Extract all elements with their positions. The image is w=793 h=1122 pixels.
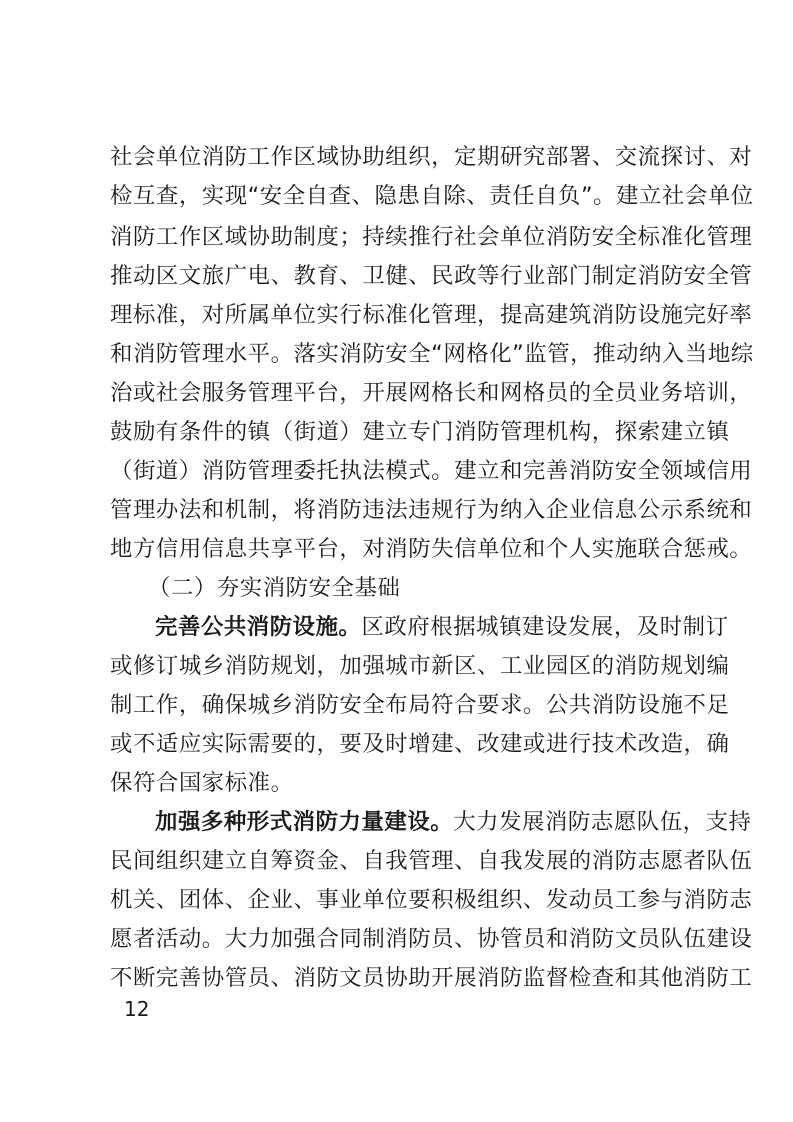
body-text-line: 推动区文旅广电、教育、卫健、民政等行业部门制定消防安全管: [110, 257, 710, 296]
paragraph-lead-bold: 加强多种形式消防力量建设。: [155, 809, 453, 835]
page-number: 12: [124, 996, 149, 1022]
body-text-line: 检互查，实现“安全自查、隐患自除、责任自负”。建立社会单位: [110, 177, 710, 216]
body-text-line: （街道）消防管理委托执法模式。建立和完善消防安全领域信用: [110, 452, 710, 491]
paragraph-first-line: 加强多种形式消防力量建设。大力发展消防志愿队伍，支持: [155, 803, 755, 842]
body-text-line: 治或社会服务管理平台，开展网格长和网格员的全员业务培训，: [110, 374, 710, 413]
body-text-line: 鼓励有条件的镇（街道）建立专门消防管理机构，探索建立镇: [110, 413, 710, 452]
body-text-line: 和消防管理水平。落实消防安全“网格化”监管，推动纳入当地综: [110, 335, 710, 374]
body-text-line: 保符合国家标准。: [110, 764, 710, 803]
body-text-line: 或不适应实际需要的，要及时增建、改建或进行技术改造，确: [110, 725, 710, 764]
document-page: 社会单位消防工作区域协助组织，定期研究部署、交流探讨、对 检互查，实现“安全自查…: [0, 0, 793, 1122]
body-text-line: 消防工作区域协助制度；持续推行社会单位消防安全标准化管理: [110, 218, 710, 257]
section-heading: （二）夯实消防安全基础: [148, 569, 748, 608]
body-text-line: 地方信用信息共享平台，对消防失信单位和个人实施联合惩戒。: [110, 530, 710, 569]
body-text-line: 或修订城乡消防规划，加强城市新区、工业园区的消防规划编: [110, 647, 710, 686]
body-text-line: 愿者活动。大力加强合同制消防员、协管员和消防文员队伍建设: [110, 920, 710, 959]
body-text-line: 管理办法和机制，将消防违法违规行为纳入企业信息公示系统和: [110, 491, 710, 530]
body-text-line: 民间组织建立自筹资金、自我管理、自我发展的消防志愿者队伍: [110, 842, 710, 881]
paragraph-first-line: 完善公共消防设施。区政府根据城镇建设发展，及时制订: [155, 608, 755, 647]
body-text-line: 理标准，对所属单位实行标准化管理，提高建筑消防设施完好率: [110, 296, 710, 335]
paragraph-lead-rest: 区政府根据城镇建设发展，及时制订: [361, 614, 728, 640]
paragraph-lead-rest: 大力发展消防志愿队伍，支持: [453, 809, 751, 835]
body-text-line: 制工作，确保城乡消防安全布局符合要求。公共消防设施不足: [110, 686, 710, 725]
body-text-line: 机关、团体、企业、事业单位要积极组织、发动员工参与消防志: [110, 881, 710, 920]
body-text-line: 社会单位消防工作区域协助组织，定期研究部署、交流探讨、对: [110, 138, 710, 177]
paragraph-lead-bold: 完善公共消防设施。: [155, 614, 361, 640]
body-text-line: 不断完善协管员、消防文员协助开展消防监督检查和其他消防工: [110, 959, 710, 998]
